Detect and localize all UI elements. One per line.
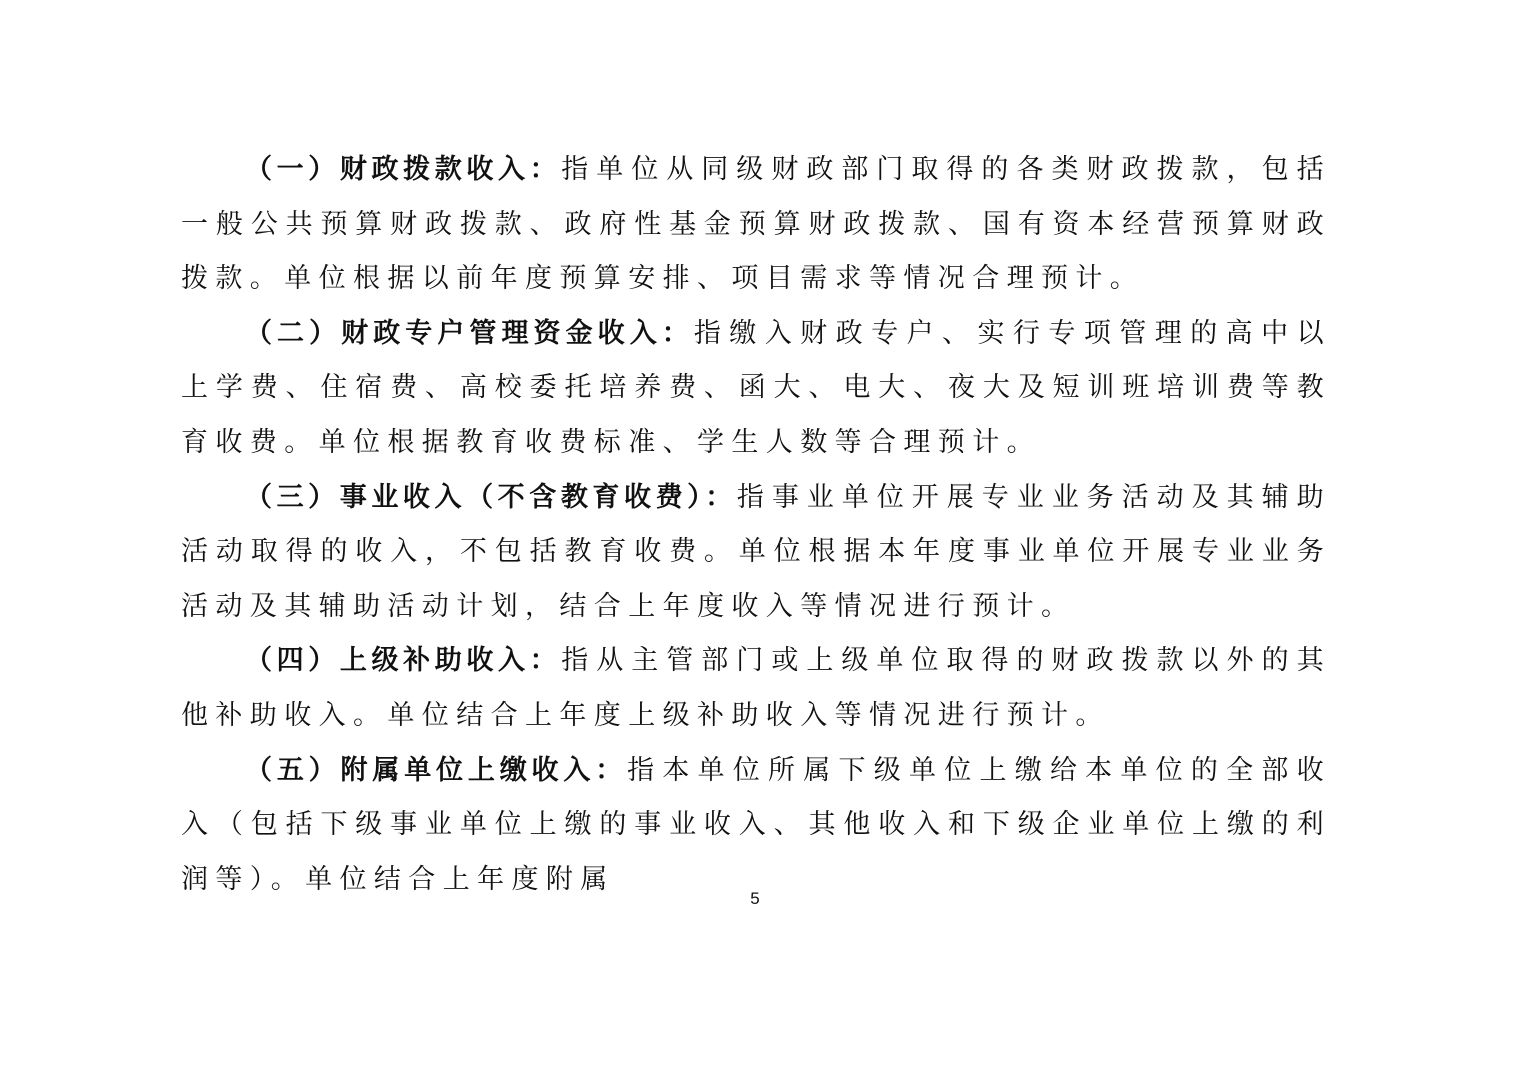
paragraph-superior-subsidy-income: （四）上级补助收入：指从主管部门或上级单位取得的财政拨款以外的其他补助收入。单位… xyxy=(181,634,1331,743)
paragraph-heading: （五）附属单位上缴收入： xyxy=(245,755,627,786)
paragraph-special-account-fund-income: （二）财政专户管理资金收入：指缴入财政专户、实行专项管理的高中以上学费、住宿费、… xyxy=(181,307,1331,471)
page-number: 5 xyxy=(0,889,1510,909)
paragraph-heading: （四）上级补助收入： xyxy=(245,645,561,676)
document-body: （一）财政拨款收入：指单位从同级财政部门取得的各类财政拨款，包括一般公共预算财政… xyxy=(181,143,1331,907)
paragraph-subsidiary-remittance-income: （五）附属单位上缴收入：指本单位所属下级单位上缴给本单位的全部收入（包括下级事业… xyxy=(181,744,1331,908)
paragraph-business-income: （三）事业收入（不含教育收费）：指事业单位开展专业业务活动及其辅助活动取得的收入… xyxy=(181,471,1331,635)
paragraph-heading: （二）财政专户管理资金收入： xyxy=(245,318,694,349)
paragraph-fiscal-appropriation-income: （一）财政拨款收入：指单位从同级财政部门取得的各类财政拨款，包括一般公共预算财政… xyxy=(181,143,1331,307)
paragraph-heading: （一）财政拨款收入： xyxy=(245,154,561,185)
paragraph-heading: （三）事业收入（不含教育收费）： xyxy=(245,482,737,513)
